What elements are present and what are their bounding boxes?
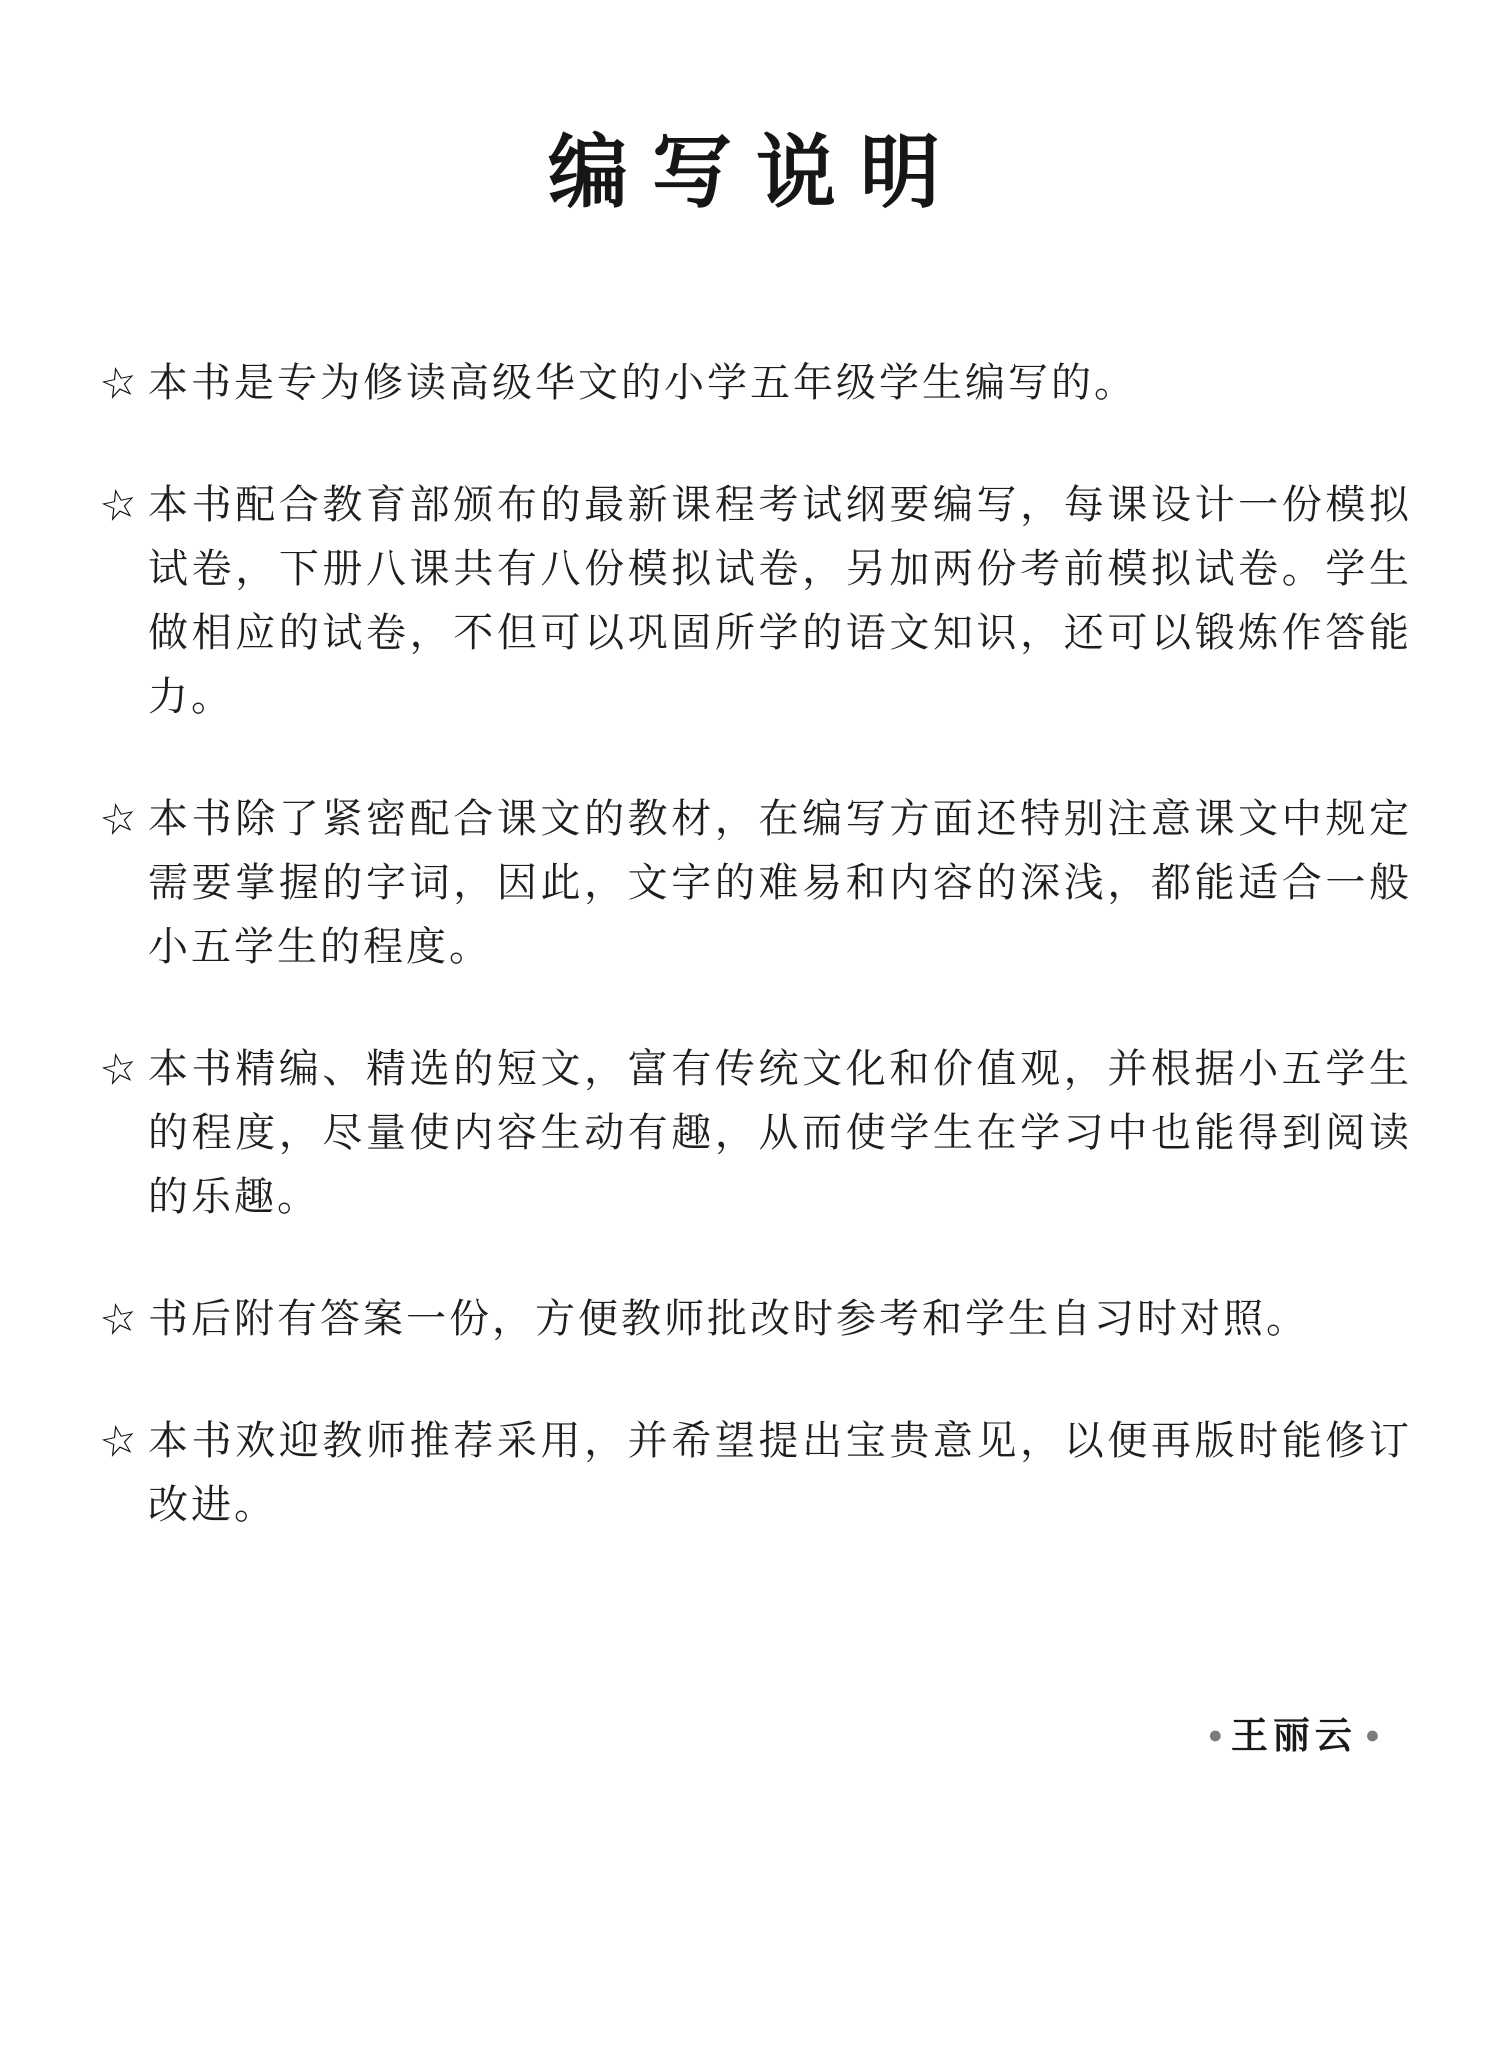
note-item: ☆ 本书是专为修读高级华文的小学五年级学生编写的。	[100, 351, 1412, 415]
author-line: ●王丽云●	[100, 1705, 1412, 1759]
note-text: 本书配合教育部颁布的最新课程考试纲要编写，每课设计一份模拟试卷，下册八课共有八份…	[148, 482, 1412, 719]
note-text: 本书除了紧密配合课文的教材，在编写方面还特别注意课文中规定需要掌握的字词，因此，…	[148, 796, 1412, 969]
note-text: 本书是专为修读高级华文的小学五年级学生编写的。	[148, 360, 1137, 405]
note-item: ☆ 书后附有答案一份，方便教师批改时参考和学生自习时对照。	[100, 1287, 1412, 1351]
author-name: 王丽云	[1231, 1715, 1357, 1756]
star-icon: ☆	[94, 1285, 144, 1355]
author-dot-left: ●	[1208, 1721, 1223, 1749]
note-item: ☆ 本书配合教育部颁布的最新课程考试纲要编写，每课设计一份模拟试卷，下册八课共有…	[100, 473, 1412, 729]
notes-list: ☆ 本书是专为修读高级华文的小学五年级学生编写的。 ☆ 本书配合教育部颁布的最新…	[100, 351, 1412, 1537]
star-icon: ☆	[94, 785, 144, 855]
note-text: 书后附有答案一份，方便教师批改时参考和学生自习时对照。	[148, 1296, 1309, 1341]
note-item: ☆ 本书精编、精选的短文，富有传统文化和价值观，并根据小五学生的程度，尽量使内容…	[100, 1037, 1412, 1229]
star-icon: ☆	[94, 471, 144, 541]
star-icon: ☆	[94, 1407, 144, 1477]
note-text: 本书精编、精选的短文，富有传统文化和价值观，并根据小五学生的程度，尽量使内容生动…	[148, 1046, 1412, 1219]
note-item: ☆ 本书除了紧密配合课文的教材，在编写方面还特别注意课文中规定需要掌握的字词，因…	[100, 787, 1412, 979]
page-title: 编写说明	[100, 0, 1412, 223]
note-item: ☆ 本书欢迎教师推荐采用，并希望提出宝贵意见，以便再版时能修订改进。	[100, 1409, 1412, 1537]
star-icon: ☆	[94, 1035, 144, 1105]
document-page: 编写说明 ☆ 本书是专为修读高级华文的小学五年级学生编写的。 ☆ 本书配合教育部…	[0, 0, 1500, 2050]
author-dot-right: ●	[1365, 1721, 1380, 1749]
star-icon: ☆	[94, 349, 144, 419]
note-text: 本书欢迎教师推荐采用，并希望提出宝贵意见，以便再版时能修订改进。	[148, 1418, 1412, 1527]
